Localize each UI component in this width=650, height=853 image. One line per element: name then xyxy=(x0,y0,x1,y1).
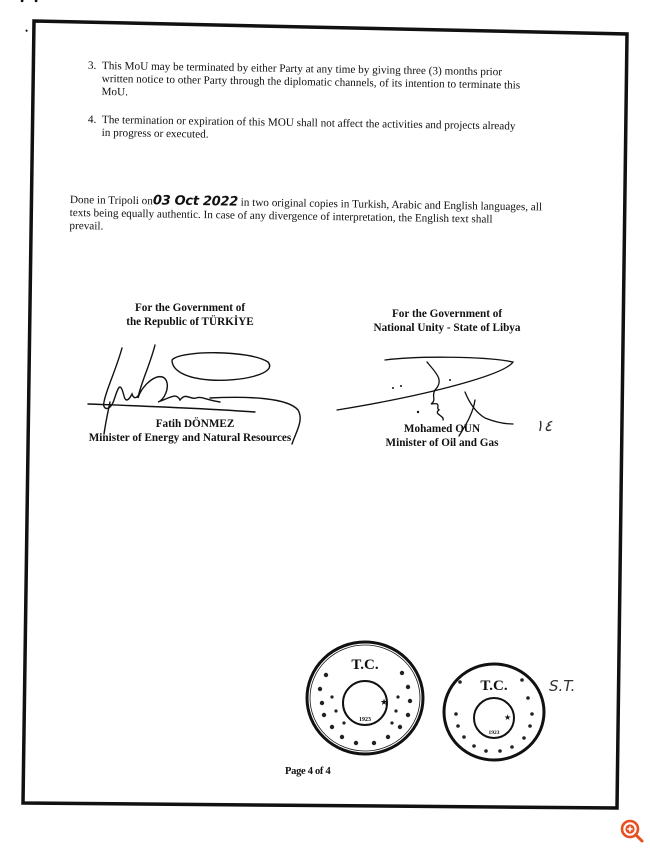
left-heading-line2: the Republic of TÜRKİYE xyxy=(100,315,280,329)
right-signatory-title: Minister of Oil and Gas xyxy=(362,436,522,450)
stamp-year: 1923 xyxy=(359,717,371,723)
stamp-label: T.C. xyxy=(480,678,507,694)
left-signatory-title: Minister of Energy and Natural Resources xyxy=(60,431,320,445)
svg-text:★: ★ xyxy=(380,698,388,708)
stamp-year: 1923 xyxy=(489,730,500,736)
left-heading-line1: For the Government of xyxy=(100,301,280,315)
official-stamp-presidency: T.C. 1923 ★ xyxy=(440,660,548,764)
official-stamp-ministry: T.C. 1923 ★ xyxy=(302,637,428,759)
clause-number: 4. xyxy=(88,114,97,127)
clause-3: 3. This MoU may be terminated by either … xyxy=(101,60,602,107)
zoom-in-icon xyxy=(619,818,645,844)
right-handwritten-mark: ١٤ xyxy=(535,416,552,435)
svg-text:★: ★ xyxy=(504,713,511,722)
closing-paragraph: Done in Tripoli on03 Oct 2022 in two ori… xyxy=(69,193,590,241)
stamp-label: T.C. xyxy=(351,657,378,673)
right-heading-line1: For the Government of xyxy=(352,307,542,321)
left-signatory-name: Fatih DÖNMEZ xyxy=(60,417,320,431)
right-signatory-heading: For the Government of National Unity - S… xyxy=(352,307,542,335)
document-page: 3. This MoU may be terminated by either … xyxy=(0,0,650,853)
clause-number: 3. xyxy=(88,60,97,73)
left-signatory-heading: For the Government of the Republic of TÜ… xyxy=(100,301,280,329)
left-signatory-details: Fatih DÖNMEZ Minister of Energy and Natu… xyxy=(60,417,320,445)
right-heading-line2: National Unity - State of Libya xyxy=(352,321,542,335)
page-number: Page 4 of 4 xyxy=(285,766,330,777)
stamp-initials: S.T. xyxy=(549,677,575,695)
right-signatory-details: Mohamed OUN Minister of Oil and Gas xyxy=(362,422,522,450)
clause-4: 4. The termination or expiration of this… xyxy=(102,114,602,148)
handwritten-date: 03 Oct 2022 xyxy=(153,193,238,209)
right-signatory-name: Mohamed OUN xyxy=(362,422,522,436)
closing-prefix: Done in Tripoli on xyxy=(70,194,153,207)
zoom-in-button[interactable] xyxy=(619,818,645,844)
